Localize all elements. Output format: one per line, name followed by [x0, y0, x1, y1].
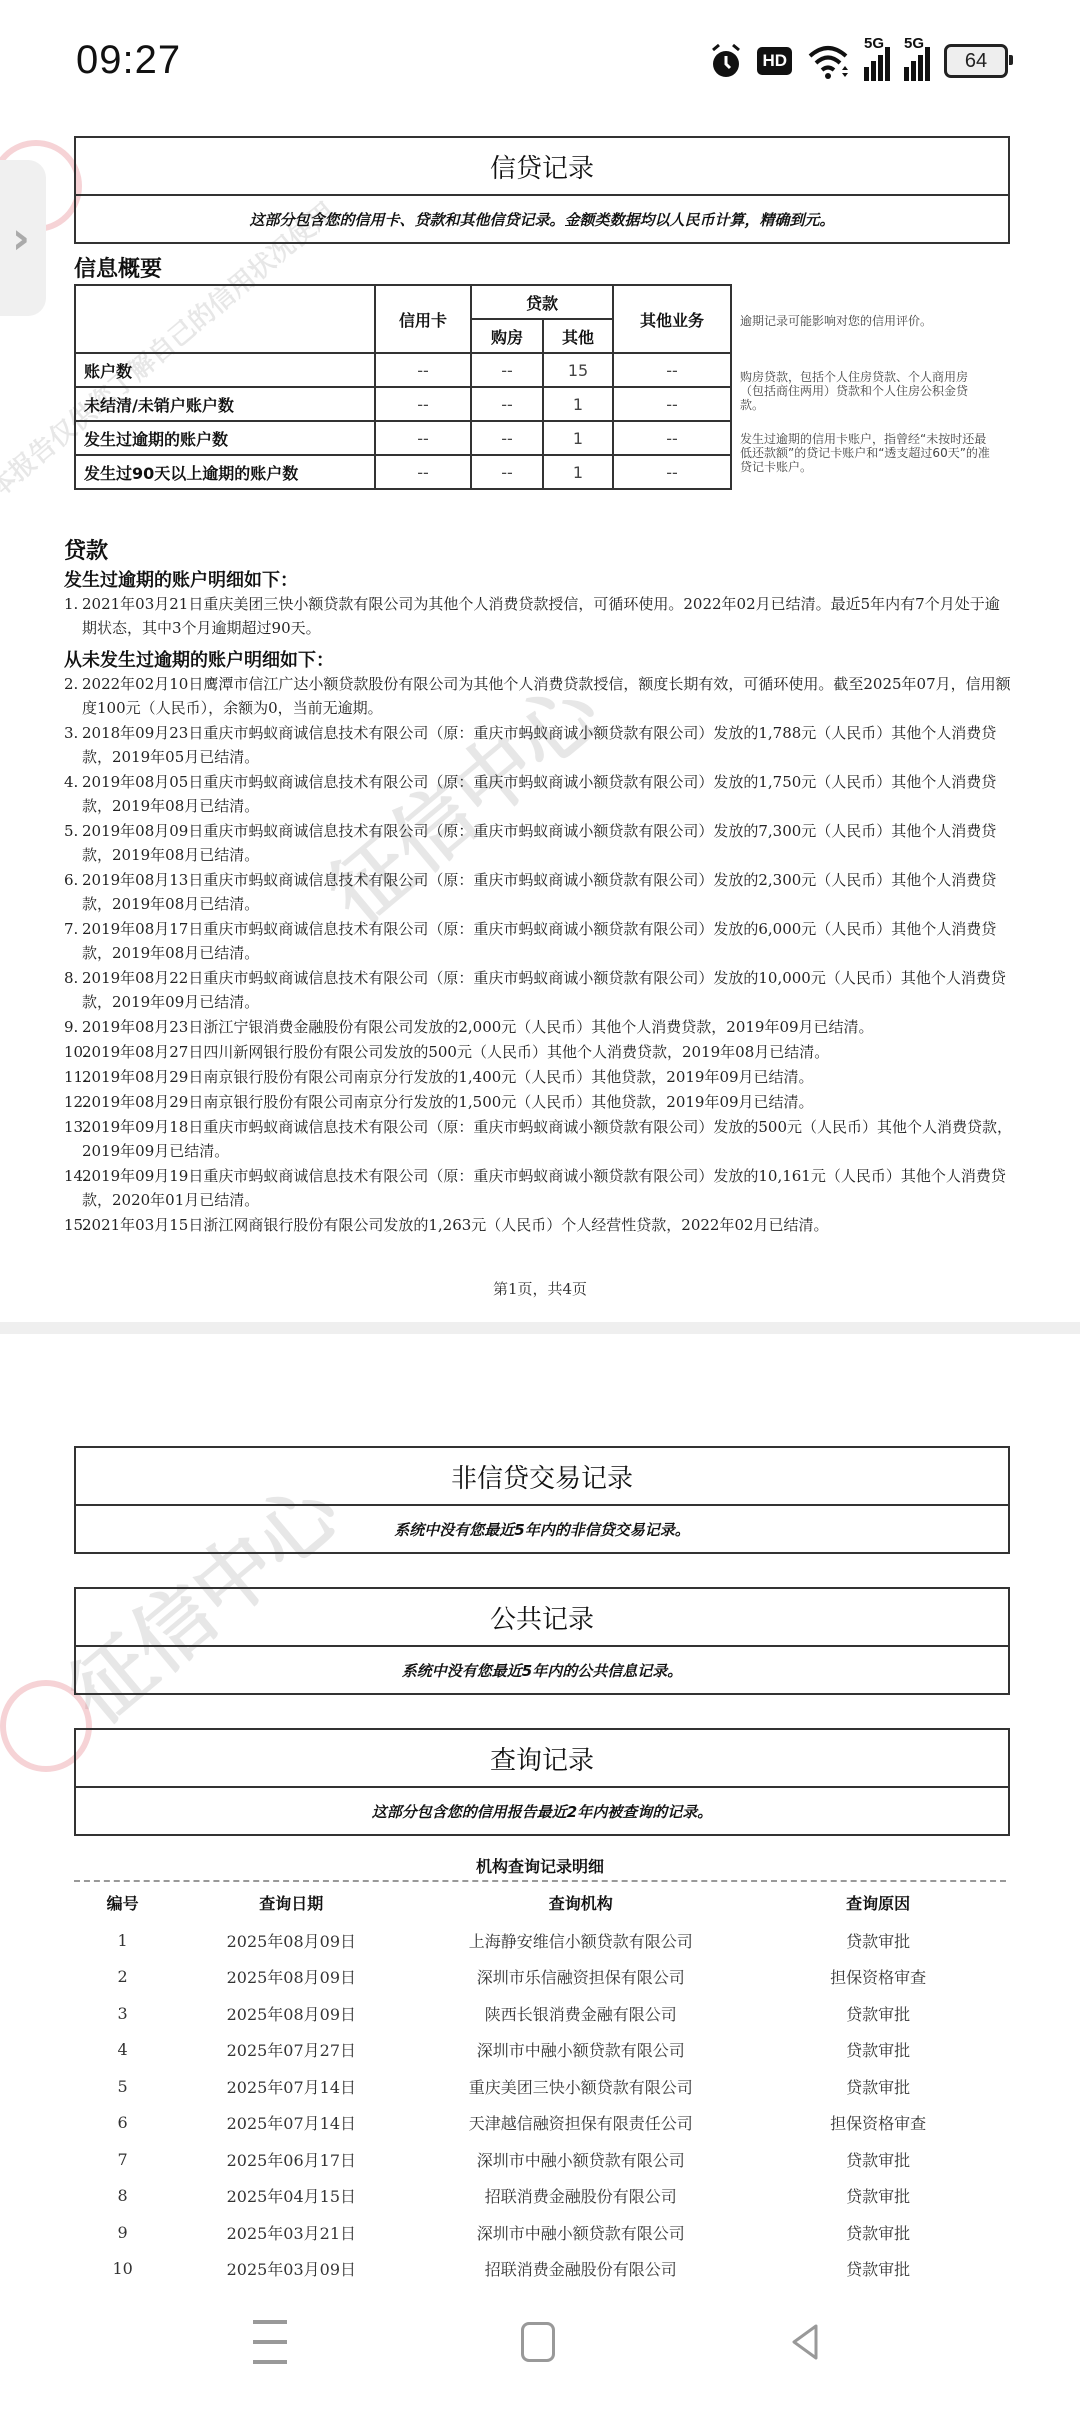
status-bar: 09:27 HD 5G 5G 64 [0, 0, 1080, 120]
table-row: 42025年07月27日深圳市中融小额贷款有限公司贷款审批 [74, 2032, 1006, 2069]
inquiry-caption: 机构查询记录明细 [74, 1854, 1006, 1877]
table-row: 账户数 -- -- 15 -- [75, 353, 731, 387]
normal-list: 2.2022年02月10日鹰潭市信江广达小额贷款股份有限公司为其他个人消费贷款授… [64, 672, 1014, 1238]
overdue-list: 1. 2021年03月21日重庆美团三快小额贷款有限公司为其他个人消费贷款授信，… [64, 592, 1014, 641]
header-loan: 贷款 [471, 285, 613, 319]
inquiry-table: 编号 查询日期 查询机构 查询原因 12025年08月09日上海静安维信小额贷款… [74, 1882, 1006, 2324]
list-item: 1. 2021年03月21日重庆美团三快小额贷款有限公司为其他个人消费贷款授信，… [64, 592, 1014, 640]
table-row: 92025年03月21日深圳市中融小额贷款有限公司贷款审批 [74, 2214, 1006, 2251]
home-icon [521, 2322, 555, 2362]
overview-note: 购房贷款，包括个人住房贷款、个人商用房（包括商住两用）贷款和个人住房公积金贷款。 [740, 370, 990, 412]
wifi-icon [806, 42, 850, 80]
overview-note: 逾期记录可能影响对您的信用评价。 [740, 314, 990, 328]
back-icon [786, 2322, 826, 2362]
menu-icon [253, 2320, 287, 2324]
list-item: 10.2019年08月27日四川新网银行股份有限公司发放的500元（人民币）其他… [64, 1040, 1014, 1064]
table-row: 52025年07月14日重庆美团三快小额贷款有限公司贷款审批 [74, 2068, 1006, 2105]
menu-icon [253, 2360, 287, 2364]
battery-icon: 64 [944, 44, 1008, 78]
table-row: 发生过90天以上逾期的账户数 -- -- 1 -- [75, 455, 731, 489]
corner-cell [75, 285, 375, 353]
section-subtitle: 这部分包含您的信用卡、贷款和其他信贷记录。金额类数据均以人民币计算，精确到元。 [76, 196, 1008, 242]
home-button[interactable] [508, 2312, 568, 2372]
hd-voice-icon: HD [757, 47, 792, 75]
section-title: 公共记录 [76, 1589, 1008, 1647]
section-subtitle: 系统中没有您最近5年内的公共信息记录。 [76, 1647, 1008, 1693]
list-item: 6.2019年08月13日重庆市蚂蚁商诚信息技术有限公司（原：重庆市蚂蚁商诚小额… [64, 868, 1014, 916]
page-divider [0, 1322, 1080, 1334]
header-other-business: 其他业务 [613, 285, 731, 353]
list-item: 8.2019年08月22日重庆市蚂蚁商诚信息技术有限公司（原：重庆市蚂蚁商诚小额… [64, 966, 1014, 1014]
system-nav-bar [0, 2282, 1080, 2412]
credit-record-section: 信贷记录 这部分包含您的信用卡、贷款和其他信贷记录。金额类数据均以人民币计算，精… [74, 136, 1010, 244]
table-row: 12025年08月09日上海静安维信小额贷款有限公司贷款审批 [74, 1922, 1006, 1959]
normal-heading: 从未发生过逾期的账户明细如下： [64, 646, 334, 672]
list-item: 9.2019年08月23日浙江宁银消费金融股份有限公司发放的2,000元（人民币… [64, 1015, 1014, 1039]
header-other: 其他 [543, 319, 613, 353]
side-drawer-handle[interactable]: › [0, 160, 46, 316]
section-title: 信贷记录 [76, 138, 1008, 196]
list-item: 3.2018年09月23日重庆市蚂蚁商诚信息技术有限公司（原：重庆市蚂蚁商诚小额… [64, 721, 1014, 769]
section-title: 查询记录 [76, 1730, 1008, 1788]
chevron-right-icon: › [12, 213, 30, 264]
list-item: 11.2019年08月29日南京银行股份有限公司南京分行发放的1,400元（人民… [64, 1065, 1014, 1089]
table-row: 62025年07月14日天津越信融资担保有限责任公司担保资格审查 [74, 2105, 1006, 2142]
menu-icon [253, 2340, 287, 2344]
alarm-icon [709, 42, 743, 80]
back-button[interactable] [776, 2312, 836, 2372]
table-row: 22025年08月09日深圳市乐信融资担保有限公司担保资格审查 [74, 1959, 1006, 1996]
header-credit-card: 信用卡 [375, 285, 471, 353]
table-row: 72025年06月17日深圳市中融小额贷款有限公司贷款审批 [74, 2141, 1006, 2178]
list-item: 13.2019年09月18日重庆市蚂蚁商诚信息技术有限公司（原：重庆市蚂蚁商诚小… [64, 1115, 1014, 1163]
public-record-section: 公共记录 系统中没有您最近5年内的公共信息记录。 [74, 1587, 1010, 1695]
list-item: 5.2019年08月09日重庆市蚂蚁商诚信息技术有限公司（原：重庆市蚂蚁商诚小额… [64, 819, 1014, 867]
list-item: 14.2019年09月19日重庆市蚂蚁商诚信息技术有限公司（原：重庆市蚂蚁商诚小… [64, 1164, 1014, 1212]
5g-signal-icon: 5G [904, 41, 930, 81]
table-row: 32025年08月09日陕西长银消费金融有限公司贷款审批 [74, 1995, 1006, 2032]
table-header: 编号 查询日期 查询机构 查询原因 [74, 1882, 1006, 1922]
status-time: 09:27 [76, 38, 181, 83]
5g-signal-icon: 5G [864, 41, 890, 81]
recent-apps-button[interactable] [240, 2312, 300, 2372]
overview-heading: 信息概要 [74, 252, 162, 283]
list-item: 2.2022年02月10日鹰潭市信江广达小额贷款股份有限公司为其他个人消费贷款授… [64, 672, 1014, 720]
loans-heading: 贷款 [64, 534, 108, 565]
page-number: 第1页，共4页 [0, 1278, 1080, 1299]
overview-note: 发生过逾期的信用卡账户，指曾经“未按时还最低还款额”的贷记卡账户和“透支超过60… [740, 432, 990, 474]
section-subtitle: 这部分包含您的信用报告最近2年内被查询的记录。 [76, 1788, 1008, 1834]
table-row: 82025年04月15日招联消费金融股份有限公司贷款审批 [74, 2178, 1006, 2215]
overview-table: 信用卡 贷款 其他业务 购房 其他 账户数 -- -- 15 -- 未结清/未销… [74, 284, 732, 490]
inquiry-section: 查询记录 这部分包含您的信用报告最近2年内被查询的记录。 [74, 1728, 1010, 1836]
list-item: 15.2021年03月15日浙江网商银行股份有限公司发放的1,263元（人民币）… [64, 1213, 1014, 1237]
non-credit-section: 非信贷交易记录 系统中没有您最近5年内的非信贷交易记录。 [74, 1446, 1010, 1554]
list-item: 4.2019年08月05日重庆市蚂蚁商诚信息技术有限公司（原：重庆市蚂蚁商诚小额… [64, 770, 1014, 818]
status-icons: HD 5G 5G 64 [709, 40, 1008, 82]
list-item: 7.2019年08月17日重庆市蚂蚁商诚信息技术有限公司（原：重庆市蚂蚁商诚小额… [64, 917, 1014, 965]
table-row: 未结清/未销户账户数 -- -- 1 -- [75, 387, 731, 421]
header-housing: 购房 [471, 319, 543, 353]
overdue-heading: 发生过逾期的账户明细如下： [64, 566, 298, 592]
section-title: 非信贷交易记录 [76, 1448, 1008, 1506]
table-row: 发生过逾期的账户数 -- -- 1 -- [75, 421, 731, 455]
section-subtitle: 系统中没有您最近5年内的非信贷交易记录。 [76, 1506, 1008, 1552]
list-item: 12.2019年08月29日南京银行股份有限公司南京分行发放的1,500元（人民… [64, 1090, 1014, 1114]
